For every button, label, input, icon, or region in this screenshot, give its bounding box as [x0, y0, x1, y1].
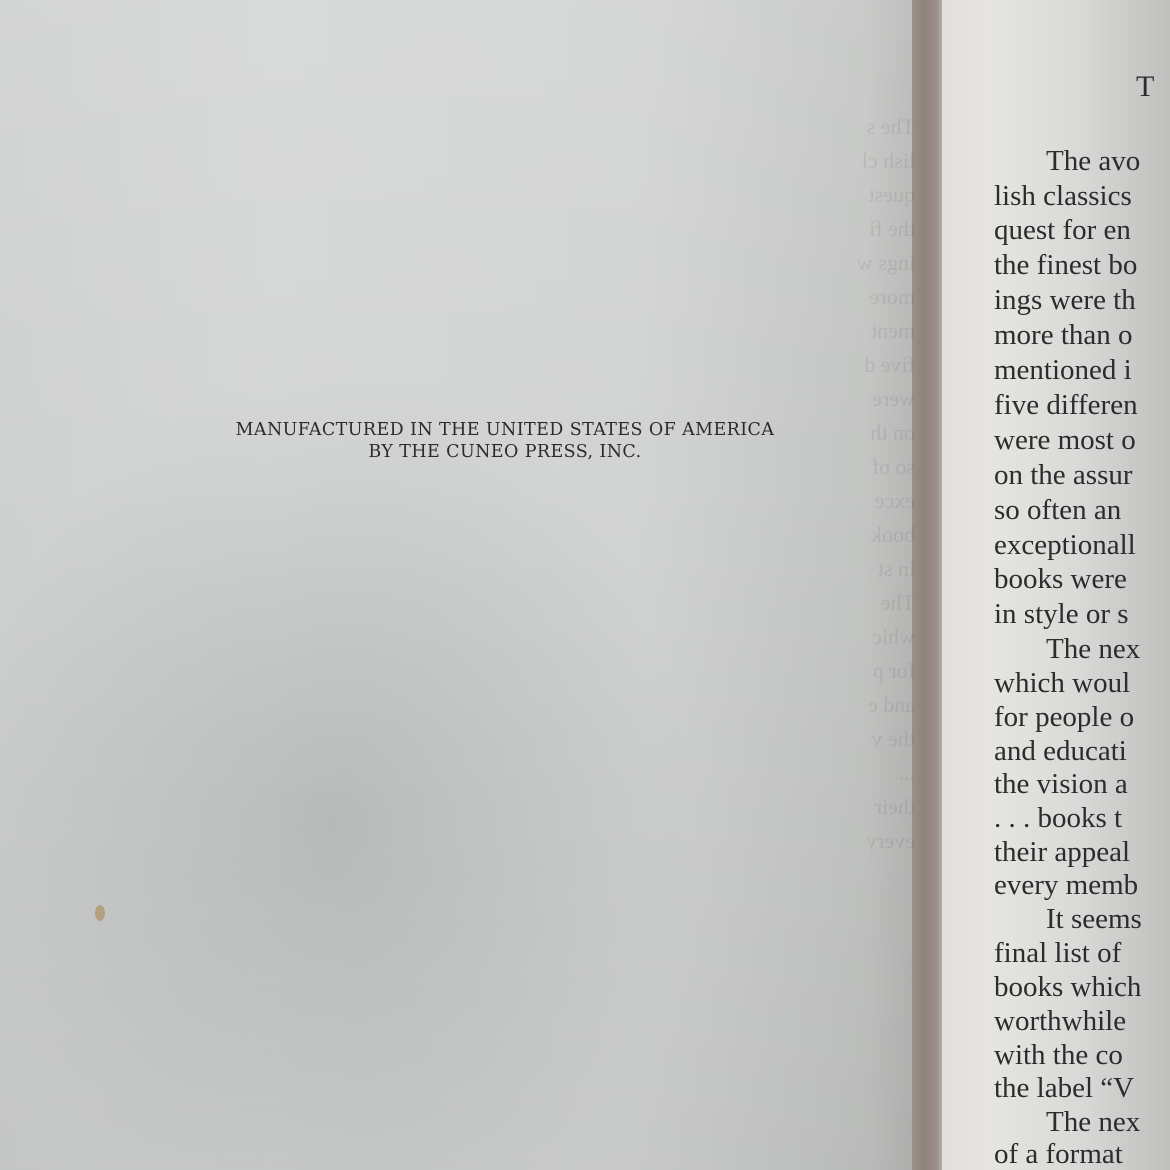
text-line: quest for en — [994, 214, 1131, 247]
bleed-line: the v — [835, 722, 915, 756]
bleed-line: whic — [835, 620, 915, 654]
bleed-line: were — [835, 382, 915, 416]
text-line: on the assur — [994, 459, 1133, 492]
text-line: ings were th — [994, 284, 1136, 317]
right-page: T The avo lish classics quest for en the… — [942, 0, 1170, 1170]
text-line: in style or s — [994, 598, 1129, 631]
imprint-line-1: MANUFACTURED IN THE UNITED STATES OF AME… — [150, 419, 860, 441]
text-line: final list of — [994, 937, 1121, 970]
text-line: The nex — [1046, 1106, 1140, 1139]
paper-stain — [95, 905, 105, 921]
text-line: the label “V — [994, 1072, 1134, 1105]
text-line: for people o — [994, 701, 1134, 734]
page-heading: T — [1136, 70, 1156, 104]
bleed-line: ment — [835, 314, 915, 348]
text-line: the vision a — [994, 768, 1128, 801]
bleed-line: in st — [835, 552, 915, 586]
text-line: . . . books t — [994, 802, 1122, 835]
printer-imprint: MANUFACTURED IN THE UNITED STATES OF AME… — [150, 419, 860, 463]
bleed-line: every — [835, 824, 915, 850]
bleed-line: their — [835, 790, 915, 824]
text-line: which woul — [994, 667, 1130, 700]
text-line: the finest bo — [994, 249, 1137, 282]
book-gutter — [912, 0, 942, 1170]
bleed-line: the fi — [835, 212, 915, 246]
bleed-line: for p — [835, 654, 915, 688]
text-line: and educati — [994, 735, 1127, 768]
text-line: so often an — [994, 494, 1121, 527]
text-line: mentioned i — [994, 354, 1132, 387]
text-line: books which — [994, 971, 1141, 1004]
bleed-line: The — [835, 586, 915, 620]
bleed-line: and e — [835, 688, 915, 722]
left-page: The s lish cl quest the fi ings w more m… — [0, 0, 912, 1170]
text-line: of a format — [994, 1138, 1123, 1170]
text-line: were most o — [994, 424, 1136, 457]
text-line: more than o — [994, 319, 1133, 352]
text-line: The avo — [1046, 145, 1140, 178]
text-line: exceptionall — [994, 529, 1136, 562]
bleed-through-text: The s lish cl quest the fi ings w more m… — [835, 110, 915, 850]
text-line: books were — [994, 563, 1127, 596]
text-line: The nex — [1046, 633, 1140, 666]
bleed-line: exce — [835, 484, 915, 518]
imprint-line-2: BY THE CUNEO PRESS, INC. — [150, 441, 860, 463]
bleed-line: book — [835, 518, 915, 552]
bleed-line: lish cl — [835, 144, 915, 178]
text-line: five differen — [994, 389, 1138, 422]
bleed-line: five d — [835, 348, 915, 382]
bleed-line: ... — [835, 756, 915, 790]
text-line: worthwhile — [994, 1005, 1126, 1038]
bleed-line: quest — [835, 178, 915, 212]
bleed-line: ings w — [835, 246, 915, 280]
bleed-line: The s — [835, 110, 915, 144]
text-line: It seems — [1046, 903, 1142, 936]
text-line: their appeal — [994, 836, 1130, 869]
text-line: with the co — [994, 1039, 1123, 1072]
text-line: every memb — [994, 869, 1138, 902]
text-line: lish classics — [994, 180, 1132, 213]
bleed-line: more — [835, 280, 915, 314]
